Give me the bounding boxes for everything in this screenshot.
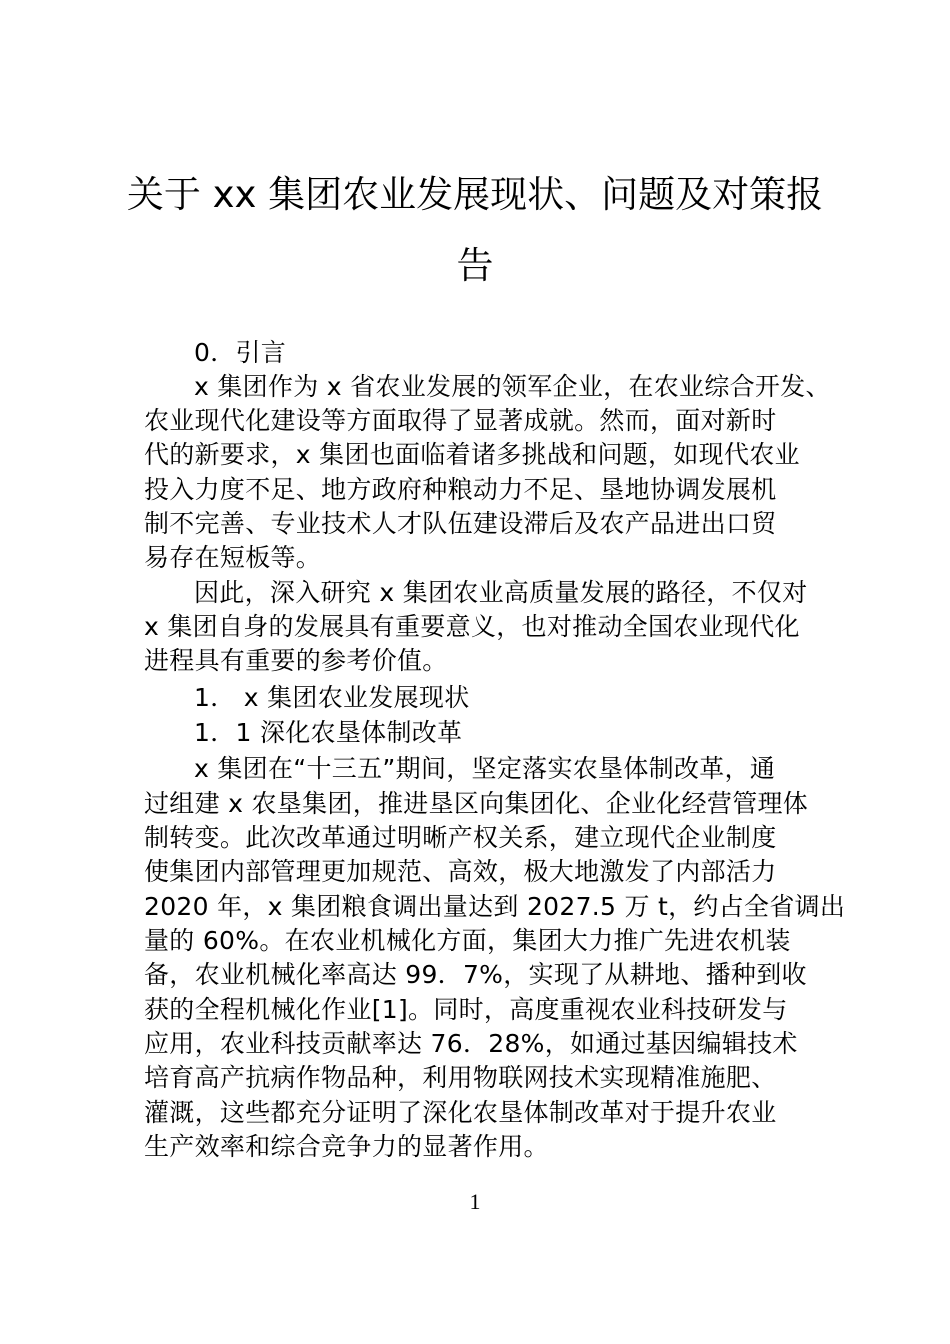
body-line: 获的全程机械化作业[1]。同时，高度重视农业科技研发与 (144, 993, 814, 1027)
body-line: 生产效率和综合竞争力的显著作用。 (144, 1130, 814, 1164)
body-line: 农业现代化建设等方面取得了显著成就。然而，面对新时 (144, 404, 814, 438)
body-line: 量的 60%。在农业机械化方面，集团大力推广先进农机装 (144, 924, 814, 958)
body-line: 制转变。此次改革通过明晰产权关系，建立现代企业制度 (144, 821, 814, 855)
body-line: 培育高产抗病作物品种，利用物联网技术实现精准施肥、 (144, 1061, 814, 1095)
body-line: x 集团自身的发展具有重要意义，也对推动全国农业现代化 (144, 610, 814, 644)
body-line: 易存在短板等。 (144, 541, 814, 575)
body-line: 灌溉，这些都充分证明了深化农垦体制改革对于提升农业 (144, 1096, 814, 1130)
document-title-line-2: 告 (0, 244, 950, 288)
body-line: 过组建 x 农垦集团，推进垦区向集团化、企业化经营管理体 (144, 787, 814, 821)
body-line: 应用，农业科技贡献率达 76．28%，如通过基因编辑技术 (144, 1027, 814, 1061)
body-line: x 集团在“十三五”期间，坚定落实农垦体制改革，通 (194, 752, 864, 786)
body-line: 2020 年，x 集团粮食调出量达到 2027.5 万 t，约占全省调出 (144, 890, 814, 924)
body-line: 代的新要求，x 集团也面临着诸多挑战和问题，如现代农业 (144, 438, 814, 472)
body-line: 备，农业机械化率高达 99．7%，实现了从耕地、播种到收 (144, 958, 814, 992)
body-line: 进程具有重要的参考价值。 (144, 644, 814, 678)
section-heading-1: 1． x 集团农业发展现状 (194, 681, 864, 715)
document-page: 关于 xx 集团农业发展现状、问题及对策报 告 0．引言 x 集团作为 x 省农… (0, 0, 950, 1344)
body-line: 使集团内部管理更加规范、高效，极大地激发了内部活力 (144, 855, 814, 889)
document-title-line-1: 关于 xx 集团农业发展现状、问题及对策报 (0, 173, 950, 217)
body-line: 投入力度不足、地方政府种粮动力不足、垦地协调发展机 (144, 473, 814, 507)
body-line: 制不完善、专业技术人才队伍建设滞后及农产品进出口贸 (144, 507, 814, 541)
section-heading-1-1: 1．1 深化农垦体制改革 (194, 716, 864, 750)
body-line: 因此，深入研究 x 集团农业高质量发展的路径，不仅对 (194, 576, 864, 610)
body-line: x 集团作为 x 省农业发展的领军企业，在农业综合开发、 (194, 370, 864, 404)
section-heading-intro: 0．引言 (194, 336, 864, 370)
page-number: 1 (0, 1188, 950, 1216)
